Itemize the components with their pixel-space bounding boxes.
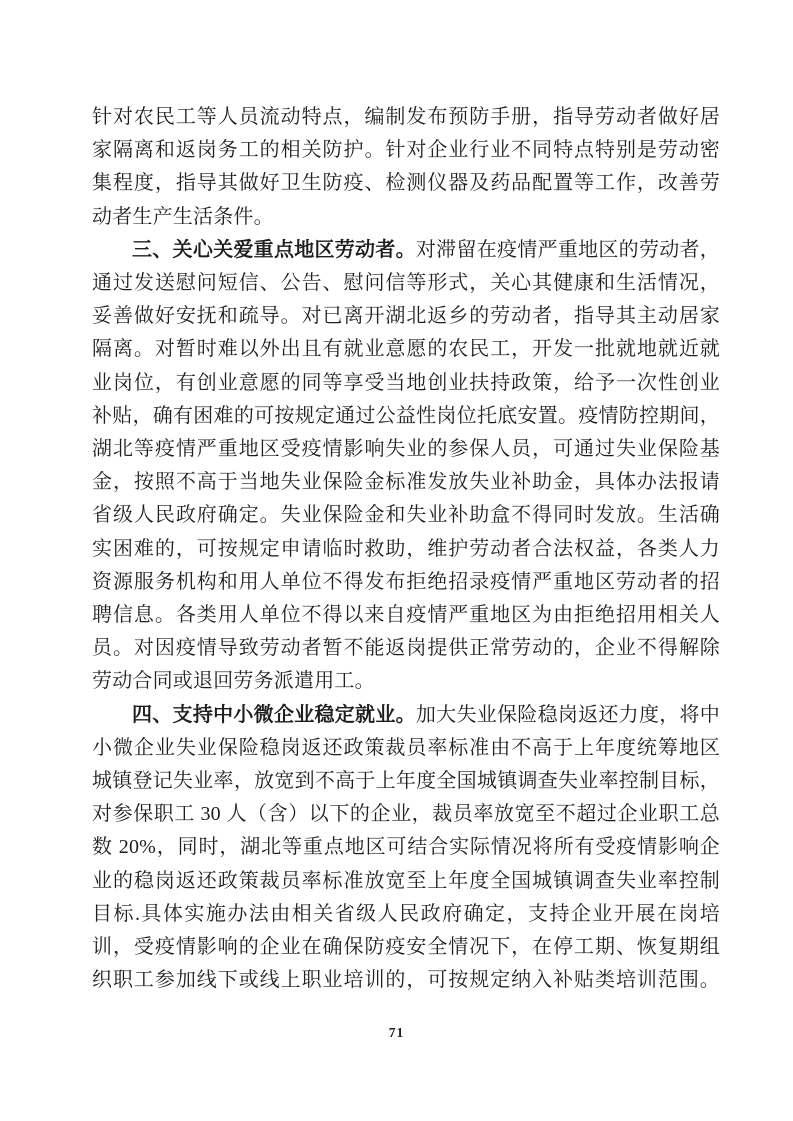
text-line: 目标.具体实施办法由相关省级人民政府确定，支持企业开展在岗培 (92, 898, 720, 931)
document-page: 针对农民工等人员流动特点，编制发布预防手册，指导劳动者做好居 家隔离和返岗务工的… (0, 0, 793, 1121)
text-line: 员。对因疫情导致劳动者暂不能返岗提供正常劳动的，企业不得解除 (92, 632, 720, 665)
text-line: 湖北等疫情严重地区受疫情影响失业的参保人员，可通过失业保险基 (92, 433, 720, 466)
document-text-block: 针对农民工等人员流动特点，编制发布预防手册，指导劳动者做好居 家隔离和返岗务工的… (92, 101, 720, 997)
text-line: 通过发送慰问短信、公告、慰问信等形式，关心其健康和生活情况， (92, 267, 720, 300)
text-line: 金，按照不高于当地失业保险金标准发放失业补助金，具体办法报请 (92, 466, 720, 499)
text-line: 业岗位，有创业意愿的同等享受当地创业扶持政策，给予一次性创业 (92, 367, 720, 400)
text-line: 聘信息。各类用人单位不得以来自疫情严重地区为由拒绝招用相关人 (92, 599, 720, 632)
text-line: 动者生产生活条件。 (92, 201, 720, 234)
section-3-heading: 三、关心关爱重点地区劳动者。 (132, 239, 416, 261)
text-line: 业的稳岗返还政策裁员率标准放宽至上年度全国城镇调查失业率控制 (92, 865, 720, 898)
text-line: 妥善做好安抚和疏导。对已离开湖北返乡的劳动者，指导其主动居家 (92, 300, 720, 333)
text-line: 训，受疫情影响的企业在确保防疫安全情况下，在停工期、恢复期组 (92, 931, 720, 964)
text-line: 实困难的，可按规定申请临时救助，维护劳动者合法权益，各类人力 (92, 533, 720, 566)
text-line: 织职工参加线下或线上职业培训的，可按规定纳入补贴类培训范围。 (92, 964, 720, 997)
text-line: 劳动合同或退回劳务派遣用工。 (92, 665, 720, 698)
text-line: 城镇登记失业率，放宽到不高于上年度全国城镇调查失业率控制目标， (92, 765, 720, 798)
text-line: 省级人民政府确定。失业保险金和失业补助盒不得同时发放。生活确 (92, 499, 720, 532)
text-line: 资源服务机构和用人单位不得发布拒绝招录疫情严重地区劳动者的招 (92, 566, 720, 599)
text-line: 针对农民工等人员流动特点，编制发布预防手册，指导劳动者做好居 (92, 101, 720, 134)
text-line: 对参保职工 30 人（含）以下的企业，裁员率放宽至不超过企业职工总 (92, 798, 720, 831)
text-line: 集程度，指导其做好卫生防疫、检测仪器及药品配置等工作，改善劳 (92, 167, 720, 200)
page-number: 71 (0, 1025, 793, 1041)
text-line: 补贴，确有困难的可按规定通过公益性岗位托底安置。疫情防控期间， (92, 400, 720, 433)
section-4-heading: 四、支持中小微企业稳定就业。 (132, 704, 416, 726)
section-heading-line: 三、关心关爱重点地区劳动者。对滞留在疫情严重地区的劳动者， (92, 234, 720, 267)
text-line: 家隔离和返岗务工的相关防护。针对企业行业不同特点特别是劳动密 (92, 134, 720, 167)
section-heading-line: 四、支持中小微企业稳定就业。加大失业保险稳岗返还力度，将中 (92, 699, 720, 732)
text-line: 数 20%，同时，湖北等重点地区可结合实际情况将所有受疫情影响企 (92, 831, 720, 864)
text-line: 隔离。对暂时难以外出且有就业意愿的农民工，开发一批就地就近就 (92, 333, 720, 366)
text-line: 小微企业失业保险稳岗返还政策裁员率标准由不高于上年度统筹地区 (92, 732, 720, 765)
